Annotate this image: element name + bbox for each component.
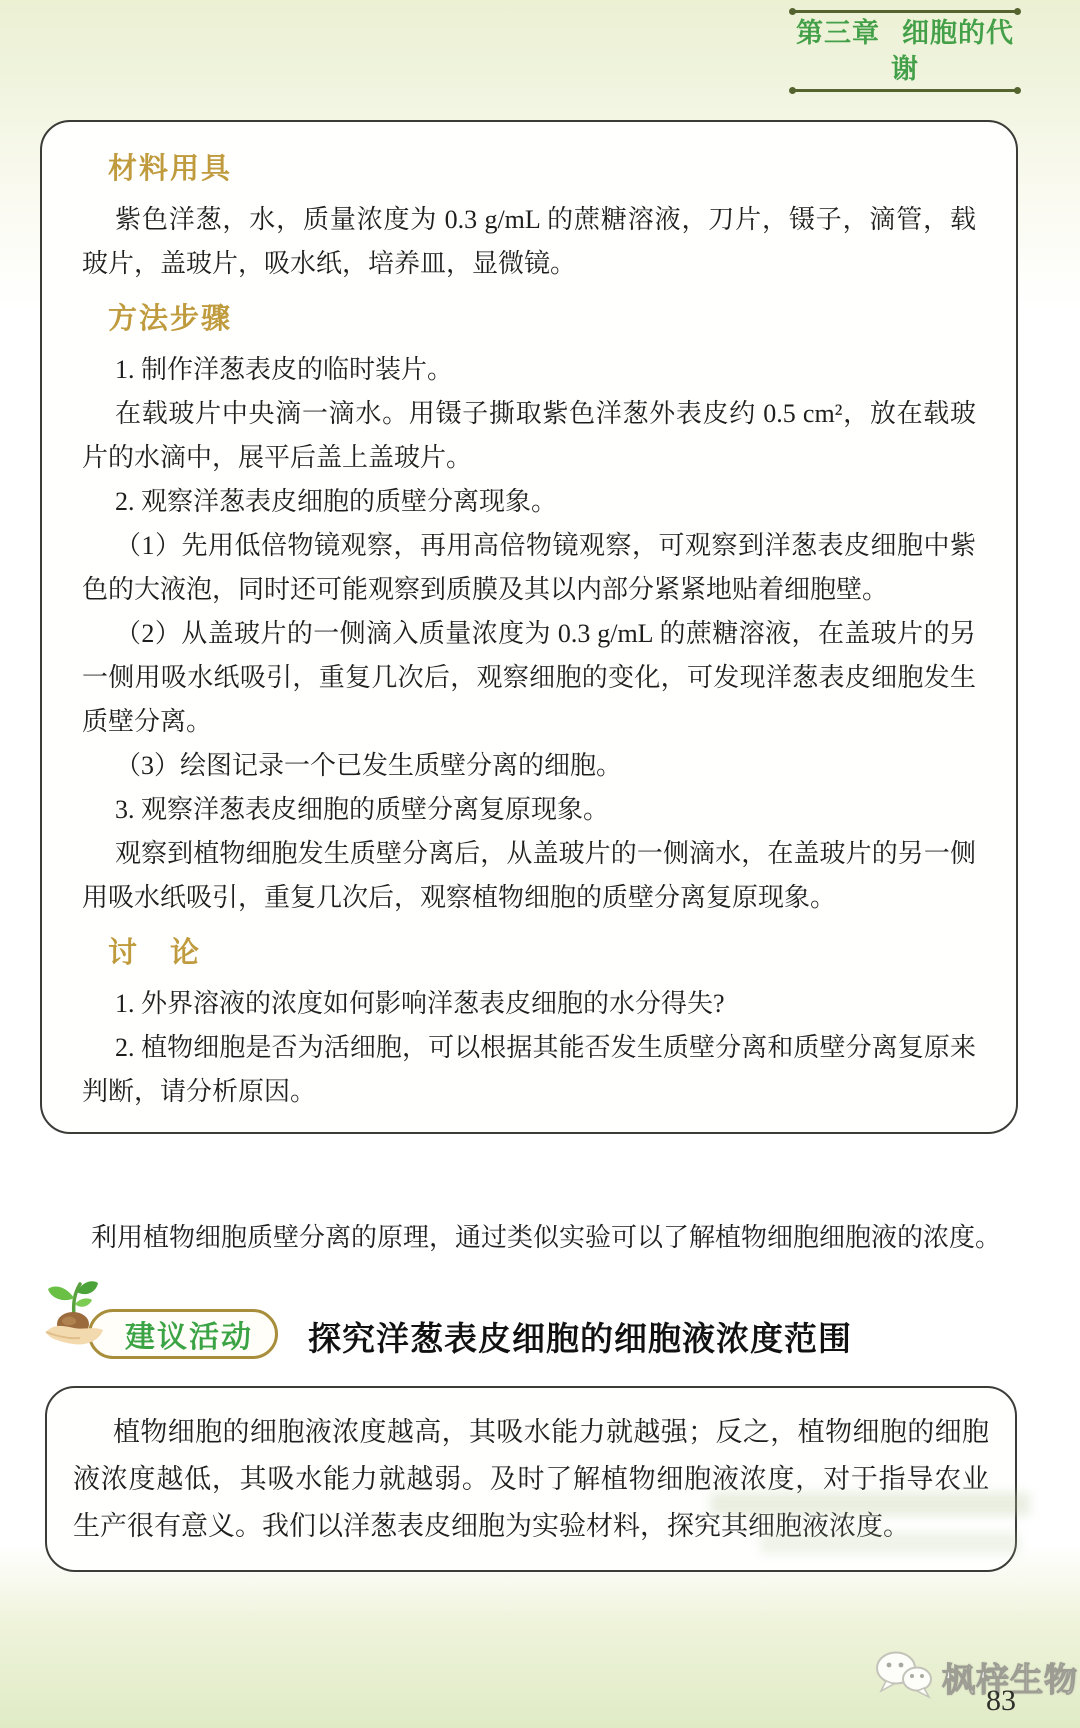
- experiment-box: 材料用具 紫色洋葱，水，质量浓度为 0.3 g/mL 的蔗糖溶液，刀片，镊子，滴…: [40, 120, 1018, 1134]
- activity-title: 探究洋葱表皮细胞的细胞液浓度范围: [308, 1313, 852, 1360]
- discussion-heading: 讨 论: [108, 934, 976, 972]
- discussion-question: 1. 外界溶液的浓度如何影响洋葱表皮细胞的水分得失?: [82, 982, 976, 1026]
- chapter-header: 第三章细胞的代谢: [790, 10, 1020, 92]
- page-bleed-through: [710, 1492, 1030, 1516]
- badge-label: 建议活动: [125, 1312, 253, 1356]
- chapter-title: 第三章细胞的代谢: [790, 15, 1020, 87]
- method-step: 在载玻片中央滴一滴水。用镊子撕取紫色洋葱外表皮约 0.5 cm²，放在载玻片的水…: [82, 392, 976, 480]
- header-rule-bottom: [793, 89, 1017, 92]
- page-bleed-through: [760, 1532, 1020, 1554]
- sprout-in-hand-icon: [40, 1276, 110, 1352]
- bridge-paragraph: 利用植物细胞质壁分离的原理，通过类似实验可以了解植物细胞细胞液的浓度。: [58, 1218, 1058, 1258]
- materials-paragraph: 紫色洋葱，水，质量浓度为 0.3 g/mL 的蔗糖溶液，刀片，镊子，滴管，载玻片…: [82, 198, 976, 286]
- method-step: 2. 观察洋葱表皮细胞的质壁分离现象。: [82, 480, 976, 524]
- materials-heading: 材料用具: [108, 150, 976, 188]
- chapter-number: 第三章: [796, 18, 880, 48]
- page-number: 83: [986, 1684, 1016, 1718]
- wechat-icon: [872, 1648, 936, 1700]
- method-step: 观察到植物细胞发生质壁分离后，从盖玻片的一侧滴水，在盖玻片的另一侧用吸水纸吸引，…: [82, 832, 976, 920]
- method-step: 3. 观察洋葱表皮细胞的质壁分离复原现象。: [82, 788, 976, 832]
- textbook-page: 第三章细胞的代谢 材料用具 紫色洋葱，水，质量浓度为 0.3 g/mL 的蔗糖溶…: [0, 0, 1080, 1728]
- discussion-question: 2. 植物细胞是否为活细胞，可以根据其能否发生质壁分离和质壁分离复原来判断，请分…: [82, 1026, 976, 1114]
- methods-heading: 方法步骤: [108, 300, 976, 338]
- suggested-activity-badge: 建议活动: [88, 1309, 278, 1359]
- method-step: （2）从盖玻片的一侧滴入质量浓度为 0.3 g/mL 的蔗糖溶液，在盖玻片的另一…: [82, 612, 976, 744]
- method-step: （3）绘图记录一个已发生质壁分离的细胞。: [82, 744, 976, 788]
- activity-intro-paragraph: 植物细胞的细胞液浓度越高，其吸水能力就越强；反之，植物细胞的细胞液浓度越低，其吸…: [73, 1409, 989, 1550]
- chapter-name: 细胞的代谢: [891, 18, 1014, 84]
- method-step: （1）先用低倍物镜观察，再用高倍物镜观察，可观察到洋葱表皮细胞中紫色的大液泡，同…: [82, 524, 976, 612]
- header-rule-top: [793, 10, 1017, 13]
- method-step: 1. 制作洋葱表皮的临时装片。: [82, 348, 976, 392]
